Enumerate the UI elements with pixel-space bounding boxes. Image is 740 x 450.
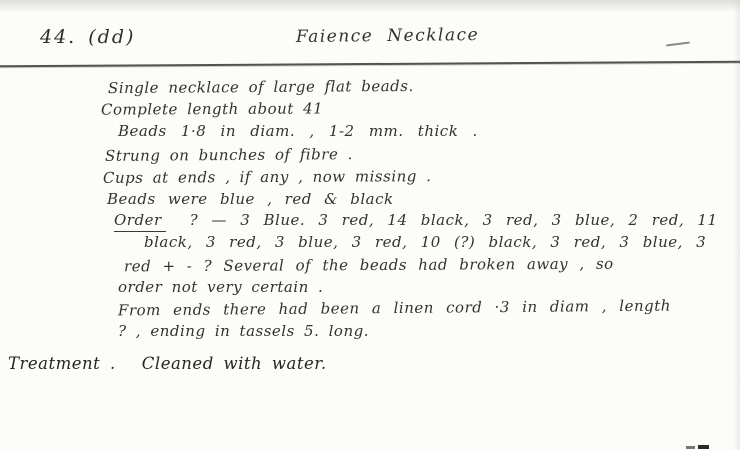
card-title: Faience Necklace [296,25,479,47]
pen-mark [666,42,690,47]
note-line: Single necklace of large flat beads. [108,77,414,97]
scan-right-shadow [734,0,740,450]
header-rule [0,61,740,68]
record-card: 44. (dd) Faience Necklace Single necklac… [0,0,740,450]
note-line: Strung on bunches of fibre . [105,145,353,165]
note-line-order: Order? — 3 Blue. 3 red, 14 black, 3 red,… [114,211,718,232]
note-line: order not very certain . [118,278,323,296]
note-line: From ends there had been a linen cord ·3… [118,297,671,320]
note-line: Cups at ends , if any , now missing . [103,167,431,187]
order-label: Order [114,211,166,232]
catalog-number: 44. (dd) [40,26,135,48]
note-line: Beads 1·8 in diam. , 1-2 mm. thick . [118,122,478,140]
scan-speck [686,446,695,449]
treatment-label: Treatment . [8,354,116,373]
note-line: black, 3 red, 3 blue, 3 red, 10 (?) blac… [144,233,706,251]
note-line: Beads were blue , red & black [107,190,394,208]
treatment-text: Cleaned with water. [142,354,327,373]
note-line: Complete length about 41 [101,99,323,118]
order-text: ? — 3 Blue. 3 red, 14 black, 3 red, 3 bl… [190,211,718,229]
note-line: red + - ? Several of the beads had broke… [124,255,614,276]
treatment-line: Treatment .Cleaned with water. [8,354,327,373]
scan-top-shadow [0,0,740,14]
scan-speck [698,445,709,449]
note-line: ? , ending in tassels 5. long. [118,322,369,340]
